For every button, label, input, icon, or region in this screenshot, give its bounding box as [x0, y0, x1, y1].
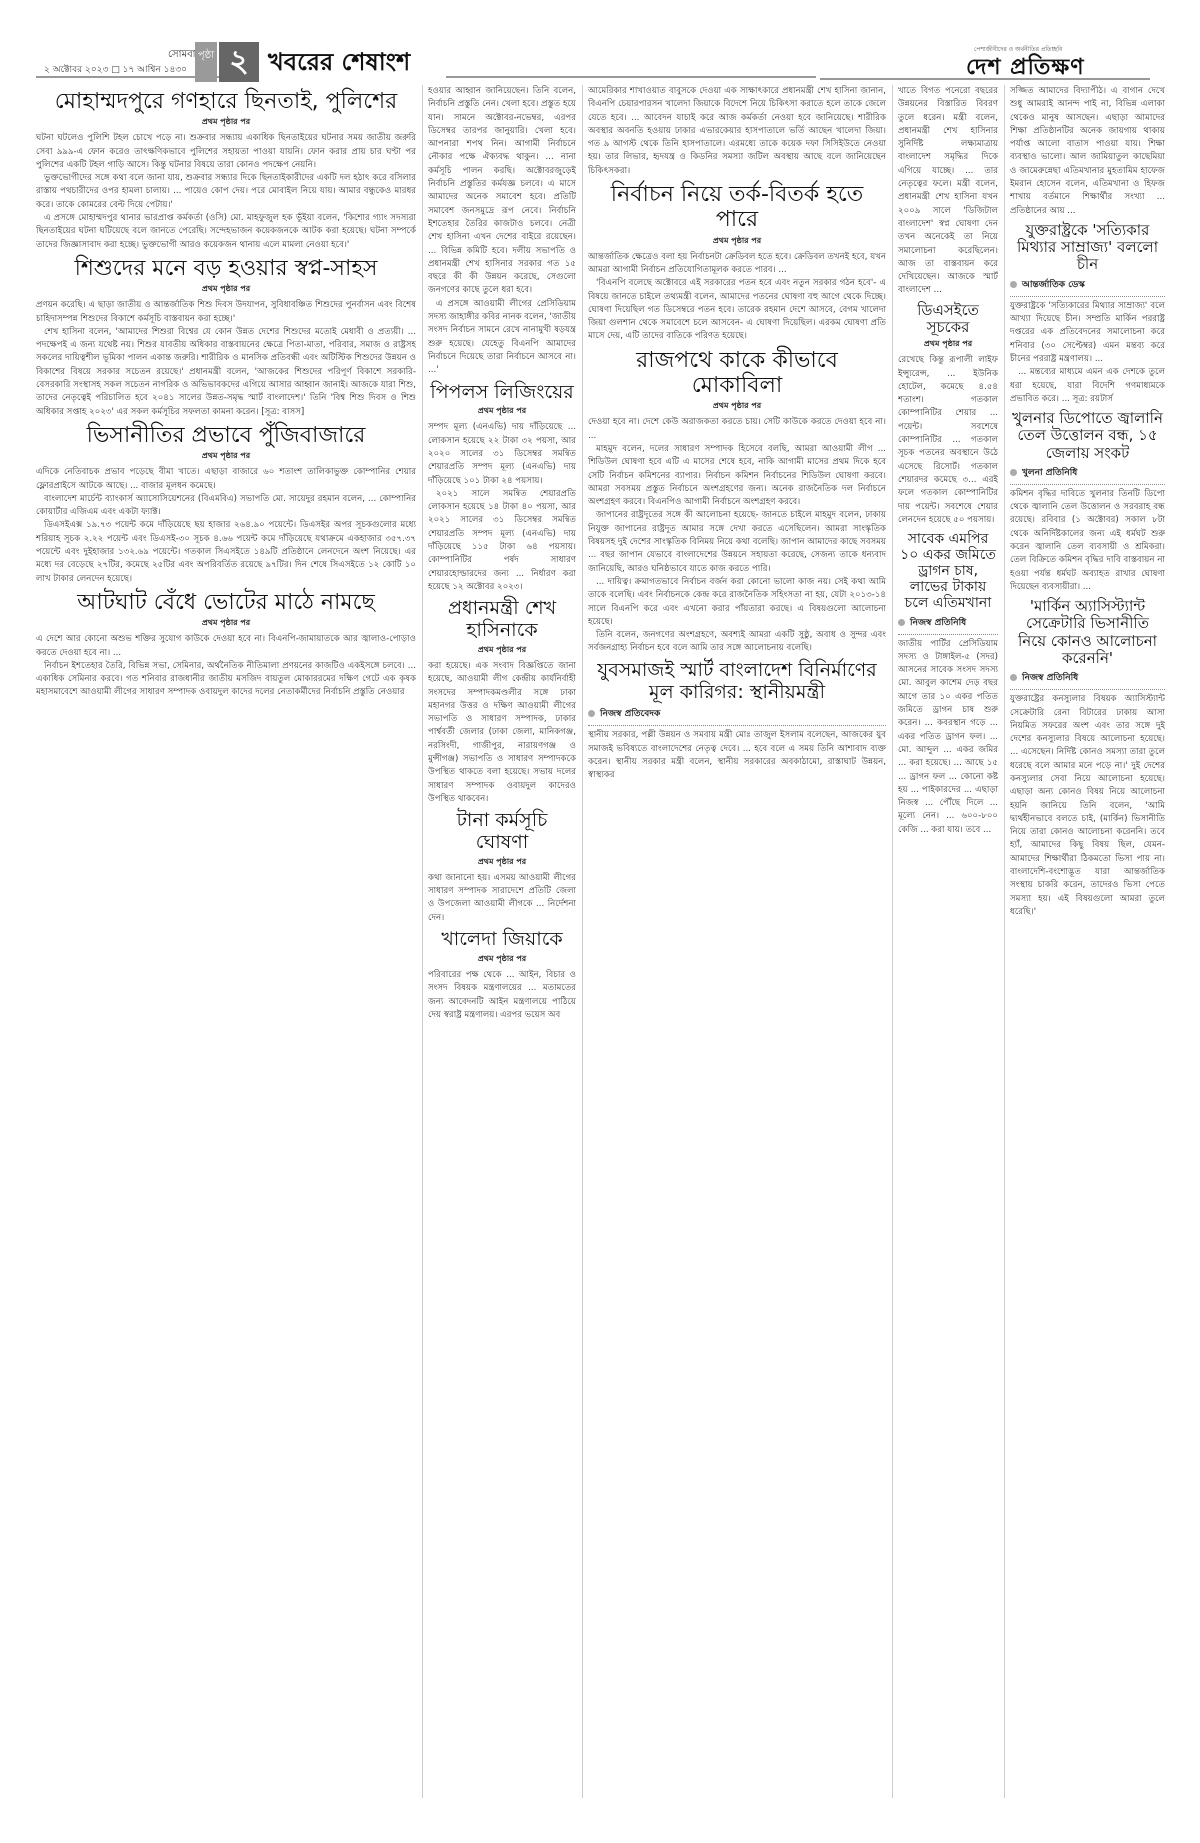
paragraph: এ দেশে আর কোনো অশুভ শক্তির সুযোগ কাউকে দ…: [36, 633, 416, 660]
continued-label: প্রথম পৃষ্ঠার পর: [588, 235, 886, 248]
article-election-debate: নির্বাচন নিয়ে তর্ক-বিতর্ক হতে পারে প্রথ…: [588, 182, 886, 344]
publication-date: ২ অক্টোবর ২০২৩ □ ১৭ আশ্বিন ১৪৩০: [44, 62, 187, 77]
headline: মোহাম্মদপুরে গণহারে ছিনতাই, পুলিশের: [36, 89, 416, 114]
continued-label: প্রথম পৃষ্ঠার পর: [588, 400, 886, 413]
paragraph: প্রণয়ন করেছি। এ ছাড়া জাতীয় ও আন্তর্জা…: [36, 299, 416, 326]
headline: 'মার্কিন অ্যাসিস্ট্যান্ট সেক্রেটারি ভিসা…: [1010, 598, 1165, 667]
paragraph: নির্বাচন ইশতেহার তৈরি, বিভিন্ন সভা, সেমি…: [36, 660, 416, 700]
paragraph: পরিবারের পক্ষ থেকে ... আইন, বিচার ও সংসদ…: [428, 969, 576, 1022]
headline: পিপলস লিজিংয়ের: [428, 382, 576, 404]
paragraph: ঘটনা ঘটলেও পুলিশি টহল চোখে পড়ে না। শুক্…: [36, 132, 416, 172]
paragraph: ... মন্তব্যের মাধ্যমে এমন এক দেশকে তুলে …: [1010, 366, 1165, 406]
paragraph: আমেরিকার শাখাওয়াত বাবুসকে দেওয়া এক সাক…: [588, 85, 886, 178]
column-divider: [1004, 85, 1005, 1798]
paragraph: ... দায়িত্ব। ক্রমাগতভাবে নির্বাচন বর্জন…: [588, 576, 886, 629]
article-pm-hasina: প্রধানমন্ত্রী শেখ হাসিনাকে প্রথম পৃষ্ঠার…: [428, 598, 576, 806]
article-tana-program: টানা কর্মসূচি ঘোষণা প্রথম পৃষ্ঠার পর কথা…: [428, 810, 576, 925]
paragraph: সম্পদ মূল্য (এনএভি) দায় দাঁড়িয়েছে ...…: [428, 421, 576, 487]
paragraph: ২০২১ সালে সমন্বিত শেয়ারপ্রতি লোকসান হয়…: [428, 488, 576, 594]
column-4: খাতে বিগত পনেরো বছরের উন্নয়নের বিস্তারি…: [898, 85, 998, 1798]
column-left: মোহাম্মদপুরে গণহারে ছিনতাই, পুলিশের প্রথ…: [36, 85, 416, 1798]
page-number: ২: [219, 42, 259, 82]
byline: নিজস্ব প্রতিবেদক: [588, 706, 886, 726]
paragraph: এ প্রসঙ্গে মোহাম্মদপুর থানার ভারপ্রাপ্ত …: [36, 212, 416, 252]
paragraph: এদিকে নেতিবাচক প্রভাব পড়েছে বীমা খাতে। …: [36, 466, 416, 493]
continued-label: প্রথম পৃষ্ঠার পর: [36, 283, 416, 296]
column-2: হওয়ার আহ্বান জানিয়েছেন। তিনি বলেন, নির…: [428, 85, 576, 1798]
masthead-rule: [446, 76, 816, 78]
bullet-icon: [898, 619, 905, 626]
paragraph: যুক্তরাষ্ট্রকে 'সত্যিকারের মিথ্যার সাম্র…: [1010, 300, 1165, 366]
article-china-us: যুক্তরাষ্ট্রকে 'সত্যিকার মিথ্যার সাম্রাজ…: [1010, 222, 1165, 406]
headline: ডিএসইতে সূচকের: [898, 302, 998, 337]
paragraph: করা হয়েছে। এক সংবাদ বিজ্ঞপ্তিতে জানা হয…: [428, 660, 576, 806]
continued-label: প্রথম পৃষ্ঠার পর: [428, 856, 576, 869]
headline: সাবেক এমপির ১০ একর জমিতে ড্রাগন চাষ, লাভ…: [898, 531, 998, 611]
paragraph: দেওয়া হবে না। দেশে কেউ অরাজকতা করতে চায…: [588, 416, 886, 443]
paragraph: শেখ হাসিনা বলেন, 'আমাদের শিশুরা বিশ্বের …: [36, 326, 416, 419]
headline: যুবসমাজই স্মার্ট বাংলাদেশ বিনির্মাণের মূ…: [588, 660, 886, 704]
paragraph: খাতে বিগত পনেরো বছরের উন্নয়নের বিস্তারি…: [898, 85, 998, 298]
byline-text: নিজস্ব প্রতিনিধি: [1022, 673, 1078, 683]
paragraph: জাপানের রাষ্ট্রদূতের সঙ্গে কী আলোচনা হয়…: [588, 509, 886, 575]
column-right: সজ্জিত আমাদের বিদ্যাপীঠ। এ বাগান দেখে শু…: [1010, 85, 1165, 1798]
paragraph: এ প্রসঙ্গে আওয়ামী লীগের প্রেসিডিয়াম সদ…: [428, 298, 576, 378]
page-label-box: পৃষ্ঠা: [195, 42, 217, 82]
headline: রাজপথে কাকে কীভাবে মোকাবিলা: [588, 348, 886, 399]
bullet-icon: [1010, 469, 1017, 476]
column-divider: [422, 85, 423, 1798]
headline: নির্বাচন নিয়ে তর্ক-বিতর্ক হতে পারে: [588, 182, 886, 233]
headline: খালেদা জিয়াকে: [428, 929, 576, 951]
byline-text: আন্তর্জাতিক ডেস্ক: [1022, 280, 1085, 290]
headline: খুলনার ডিপোতে জ্বালানি তেল উত্তোলন বন্ধ,…: [1010, 410, 1165, 462]
article-khaleda: খালেদা জিয়াকে প্রথম পৃষ্ঠার পর পরিবারের…: [428, 929, 576, 1022]
newspaper-logo: দেশ প্রতিক্ষণ: [966, 50, 1085, 87]
paragraph: তিনি বলেন, জনগণের অংশগ্রহণে, অবশ্যই আমরা…: [588, 629, 886, 656]
continued-label: প্রথম পৃষ্ঠার পর: [36, 450, 416, 463]
continued-label: প্রথম পৃষ্ঠার পর: [36, 116, 416, 129]
article-peoples-leasing: পিপলস লিজিংয়ের প্রথম পৃষ্ঠার পর সম্পদ ম…: [428, 382, 576, 595]
logo-rule: [820, 78, 1150, 80]
masthead: সোমবার ২ অক্টোবর ২০২৩ □ ১৭ আশ্বিন ১৪৩০ প…: [36, 30, 1166, 75]
continued-label: প্রথম পৃষ্ঠার পর: [898, 338, 998, 351]
continued-label: প্রথম পৃষ্ঠার পর: [36, 617, 416, 630]
article-mohammadpur: মোহাম্মদপুরে গণহারে ছিনতাই, পুলিশের প্রথ…: [36, 89, 416, 252]
column-divider: [892, 85, 893, 1798]
headline: শিশুদের মনে বড় হওয়ার স্বপ্ন-সাহস: [36, 256, 416, 281]
bullet-icon: [588, 710, 595, 717]
paragraph: কমিশন বৃদ্ধির দাবিতে খুলনার তিনটি ডিপো থ…: [1010, 488, 1165, 594]
byline: নিজস্ব প্রতিনিধি: [1010, 670, 1165, 690]
section-title: খবরের শেষাংশ: [268, 44, 410, 84]
headline: প্রধানমন্ত্রী শেখ হাসিনাকে: [428, 598, 576, 642]
article-visa-market: ভিসানীতির প্রভাবে পুঁজিবাজারে প্রথম পৃষ্…: [36, 423, 416, 586]
paragraph: ডিএসইএক্স ১৯.৭৩ পয়েন্ট কমে দাঁড়িয়েছে …: [36, 519, 416, 585]
paragraph: রেখেছে কিন্তু রূপালী লাইফ ইন্স্যুরেন্স, …: [898, 354, 998, 527]
paragraph: জাতীয় পার্টির প্রেসিডিয়াম সদস্য ও টাঙ্…: [898, 638, 998, 837]
paragraph: সজ্জিত আমাদের বিদ্যাপীঠ। এ বাগান দেখে শু…: [1010, 85, 1165, 218]
continued-label: প্রথম পৃষ্ঠার পর: [428, 405, 576, 418]
paragraph: স্থানীয় সরকার, পল্লী উন্নয়ন ও সমবায় ম…: [588, 729, 886, 782]
article-children: শিশুদের মনে বড় হওয়ার স্বপ্ন-সাহস প্রথম…: [36, 256, 416, 419]
bullet-icon: [1010, 674, 1017, 681]
paragraph: হওয়ার আহ্বান জানিয়েছেন। তিনি বলেন, নির…: [428, 85, 576, 298]
article-khulna-fuel: খুলনার ডিপোতে জ্বালানি তেল উত্তোলন বন্ধ,…: [1010, 410, 1165, 594]
paragraph: যুক্তরাষ্ট্রের কনস্যুলার বিষয়ক অ্যাসিস্…: [1010, 693, 1165, 919]
paragraph: মাহমুদ বলেন, দলের সাধারণ সম্পাদক হিসেবে …: [588, 443, 886, 509]
paragraph: ভুক্তভোগীদের সঙ্গে কথা বলে জানা যায়, শু…: [36, 172, 416, 212]
article-dragon-fruit: সাবেক এমপির ১০ একর জমিতে ড্রাগন চাষ, লাভ…: [898, 531, 998, 837]
bullet-icon: [1010, 281, 1017, 288]
byline: আন্তর্জাতিক ডেস্ক: [1010, 277, 1165, 297]
article-autohat: আটঘাট বেঁধে ভোটের মাঠে নামছে প্রথম পৃষ্ঠ…: [36, 590, 416, 700]
continued-label: প্রথম পৃষ্ঠার পর: [428, 953, 576, 966]
continued-label: প্রথম পৃষ্ঠার পর: [428, 644, 576, 657]
article-dse-suchok: ডিএসইতে সূচকের প্রথম পৃষ্ঠার পর রেখেছে ক…: [898, 302, 998, 527]
article-rajpath: রাজপথে কাকে কীভাবে মোকাবিলা প্রথম পৃষ্ঠা…: [588, 348, 886, 656]
byline-text: খুলনা প্রতিনিধি: [1022, 468, 1077, 478]
column-3: আমেরিকার শাখাওয়াত বাবুসকে দেওয়া এক সাক…: [588, 85, 886, 1798]
paragraph: আন্তর্জাতিক ক্ষেত্রেও বলা হয় নির্বাচনটা…: [588, 251, 886, 278]
headline: টানা কর্মসূচি ঘোষণা: [428, 810, 576, 854]
paragraph: 'বিএনপি বলেছে অক্টোবরে এই সরকারের পতন হব…: [588, 277, 886, 343]
article-us-visa: 'মার্কিন অ্যাসিস্ট্যান্ট সেক্রেটারি ভিসা…: [1010, 598, 1165, 919]
byline: খুলনা প্রতিনিধি: [1010, 465, 1165, 485]
paragraph: কথা জানানো হয়। এসময় আওয়ামী লীগের সাধা…: [428, 872, 576, 925]
headline: ভিসানীতির প্রভাবে পুঁজিবাজারে: [36, 423, 416, 448]
byline: নিজস্ব প্রতিনিধি: [898, 615, 998, 635]
article-youth-smart: যুবসমাজই স্মার্ট বাংলাদেশ বিনির্মাণের মূ…: [588, 660, 886, 783]
paragraph: বাংলাদেশ মার্চেন্ট ব্যাংকার্স অ্যাসোসিয়…: [36, 493, 416, 520]
byline-text: নিজস্ব প্রতিনিধি: [910, 618, 966, 628]
byline-text: নিজস্ব প্রতিবেদক: [600, 709, 660, 719]
headline: আটঘাট বেঁধে ভোটের মাঠে নামছে: [36, 590, 416, 615]
headline: যুক্তরাষ্ট্রকে 'সত্যিকার মিথ্যার সাম্রাজ…: [1010, 222, 1165, 274]
column-divider: [582, 85, 583, 1798]
